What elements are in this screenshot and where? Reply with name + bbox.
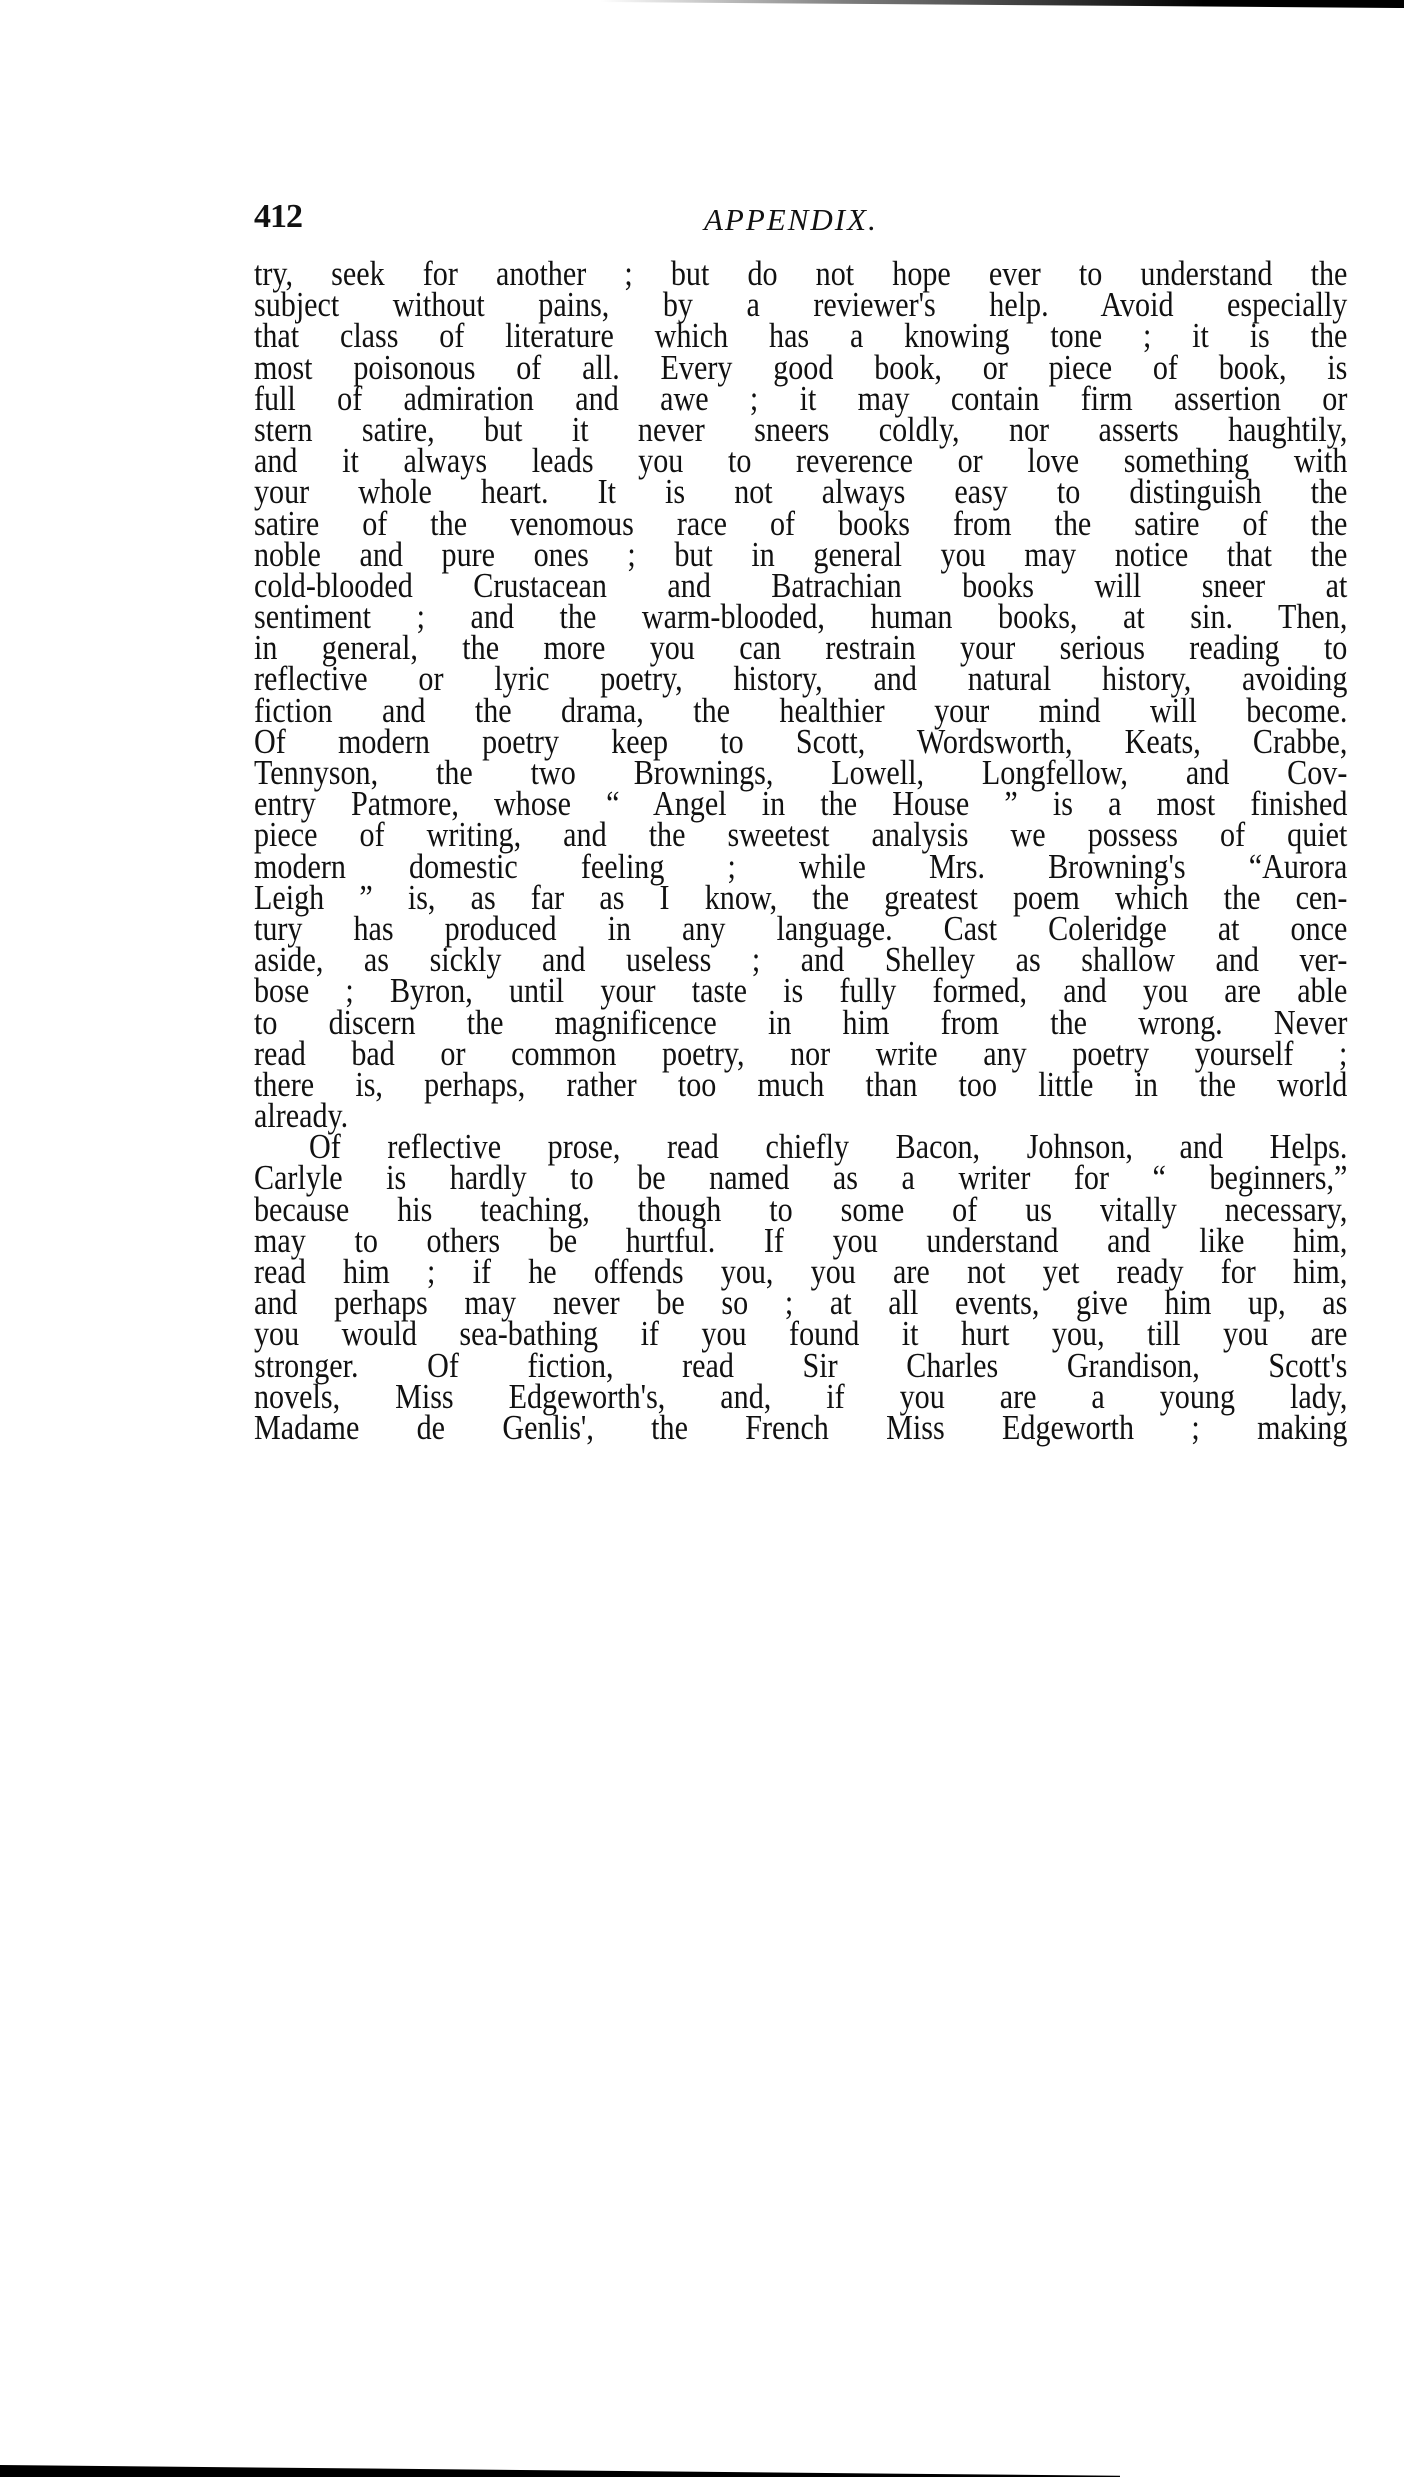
text-line: there is, perhaps, rather too much than … (254, 1069, 1347, 1100)
paragraph-1: try, seek for another ; but do not hope … (254, 258, 1350, 1131)
book-page: 412 APPENDIX. try, seek for another ; bu… (254, 198, 1350, 1443)
scan-edge-bottom (0, 2465, 1120, 2477)
text-line: Madame de Genlis', the French Miss Edgew… (254, 1412, 1347, 1443)
body-text: try, seek for another ; but do not hope … (254, 258, 1350, 1443)
paragraph-2: Of reflective prose, read chiefly Bacon,… (254, 1131, 1350, 1443)
running-head-title: APPENDIX. (704, 202, 878, 238)
running-head: 412 APPENDIX. (254, 198, 1350, 254)
scan-edge-top (600, 0, 1404, 8)
page-number: 412 (254, 198, 302, 236)
